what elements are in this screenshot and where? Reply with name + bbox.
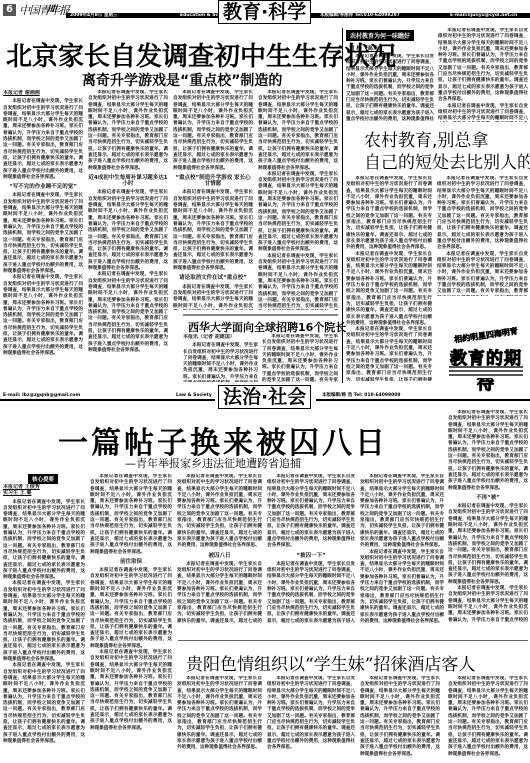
second-story-col-1: 本报记者在调查中发现，学生家长自发组织对初中生的学习状况进行了问卷调查，结果显示… xyxy=(177,676,262,761)
lead-article-col-2: 本报记者在调查中发现，学生家长自发组织对初中生的学习状况进行了问卷调查，结果显示… xyxy=(88,90,168,380)
second-story-col-4: 本报记者在调查中发现，学生家长自发组织对初中生的学习状况进行了问卷调查，结果显示… xyxy=(448,676,528,761)
brief-col-1: 本报讯（记者 胡建国） 本报记者在调查中发现，学生家长自发组织对初中生的学习状况… xyxy=(183,334,258,382)
lead-subhead-2: 近4成初中生每周补课习题多达1小时 xyxy=(88,175,168,188)
top-header-strip: 6 中国青年报 //// 2009年4月8日 星期三 Education & S… xyxy=(0,0,530,22)
lead-subhead-4: 诸论取消文件在试“重点校” xyxy=(173,275,253,281)
section-title-law: 法治·社会 xyxy=(218,385,311,409)
page-number: 6 xyxy=(3,4,16,16)
bottom-editor-contact: 本版编辑/韩 浩 Tel: 010-64098009 xyxy=(322,393,401,399)
decorative-slashes: //// xyxy=(48,4,57,14)
header-rule-left xyxy=(0,399,215,401)
lead-subheadline: 离奇升学游戏是“重点校”制造的 xyxy=(82,70,282,90)
column-body-4: 本报记者在调查中发现，学生家长自发组织对初中生的学习状况进行了问卷调查，结果显示… xyxy=(437,176,528,296)
issue-date: 2009年4月8日 星期三 xyxy=(70,13,117,19)
column-body-3: 本报记者在调查中发现，学生家长自发组织对初中生的学习状况进行了问卷调查，结果显示… xyxy=(346,176,432,381)
law-lead-col-6: 本报记者在调查中发现，学生家长自发组织对初中生的学习状况进行了问卷调查，结果显示… xyxy=(448,410,528,622)
bottom-header-strip: E-mail: lbz@zgqnb@gmail.com Law & Societ… xyxy=(0,385,530,409)
law-lead-col-1: 本报记者 王俊秀 实习生 王 璐 本报记者在调查中发现，学生家长自发组织对初中生… xyxy=(3,484,85,760)
editor-contact: 本版编辑/李丽萍 Tel:010-64098297 xyxy=(320,13,400,19)
brief-col-2: 本报记者在调查中发现，学生家长自发组织对初中生的学习状况进行了问卷调查，结果显示… xyxy=(262,334,338,382)
column-title: 农村教育为何一味瞧好 xyxy=(346,30,414,41)
column-body-1: 本报记者在调查中发现，学生家长自发组织对初中生的学习状况进行了问卷调查，结果显示… xyxy=(346,54,434,122)
second-story-col-2: 本报记者在调查中发现，学生家长自发组织对初中生的学习状况进行了问卷调查，结果显示… xyxy=(267,676,355,761)
lead-byline: 本报记者 谢湘湘 xyxy=(3,90,83,96)
second-story-col-3: 本报记者在调查中发现，学生家长自发组织对初中生的学习状况进行了问卷调查，结果显示… xyxy=(360,676,440,761)
lead-article-col-3: 本报记者在调查中发现，学生家长自发组织对初中生的学习状况进行了问卷调查，结果显示… xyxy=(173,90,253,310)
editor-email: E-mail:lijunyu@cyol.net.cn xyxy=(450,13,517,19)
lead-article-col-1: 本报记者 谢湘湘 本报记者在调查中发现，学生家长自发组织对初中生的学习状况进行了… xyxy=(3,90,83,380)
lead-article-col-4: 本报记者在调查中发现，学生家长自发组织对初中生的学习状况进行了问卷调查，结果显示… xyxy=(258,90,338,310)
law-lead-col-2: 本报记者在调查中发现，学生家长自发组织对初中生的学习状况进行了问卷调查，结果显示… xyxy=(90,474,172,760)
law-lead-col-3: 本报记者在调查中发现，学生家长自发组织对初中生的学习状况进行了问卷调查，结果显示… xyxy=(177,474,262,624)
law-lead-col-5: 本报记者在调查中发现，学生家长自发组织对初中生的学习状况进行了问卷调查，结果显示… xyxy=(360,474,444,624)
masthead-logo: 中国青年报 xyxy=(19,2,69,18)
lead-headline: 北京家长自发调查初中生生存状况 xyxy=(6,36,396,73)
law-lead-col-4: 本报记者在调查中发现，学生家长自发组织对初中生的学习状况进行了问卷调查，结果显示… xyxy=(267,474,355,624)
column-headline-line2: 自己的短处去比别人的长处 xyxy=(364,148,530,173)
column-body-2: 本报记者在调查中发现，学生家长自发组织对初中生的学习状况进行了问卷调查，结果显示… xyxy=(438,28,528,122)
section-title-education: 教育·科学 xyxy=(218,0,311,24)
header-rule-right xyxy=(316,399,530,401)
brief-headline: 西华大学面向全球招聘16个院长 xyxy=(188,319,346,335)
newspaper-page: 6 中国青年报 //// 2009年4月8日 星期三 Education & S… xyxy=(0,0,530,763)
summary-label: 核心提要 xyxy=(28,474,58,484)
column-author: 黄 杨（高二） xyxy=(349,44,384,52)
bottom-email: E-mail: lbz@zgqnb@gmail.com xyxy=(3,393,80,399)
logo-stripes xyxy=(449,366,523,378)
second-story-rule xyxy=(178,640,528,641)
education-expectation-logo: 相约明星四海明青 教育的期待 xyxy=(445,330,527,382)
lead-subhead-3: “重点校”制造升学游戏 家长心甘情愿 xyxy=(173,175,253,188)
law-lead-subheadline: —青年举报家乡违法征地遭跨省追捕 xyxy=(125,455,301,471)
lead-subhead-1: “写不完的作业睡不足的觉” xyxy=(3,184,83,190)
bottom-section-english: Law & Society xyxy=(176,393,212,399)
second-story-headline: 贵阳色情组织以“学生妹”招徕酒店客人 xyxy=(186,650,475,675)
brief-rule xyxy=(183,314,338,316)
